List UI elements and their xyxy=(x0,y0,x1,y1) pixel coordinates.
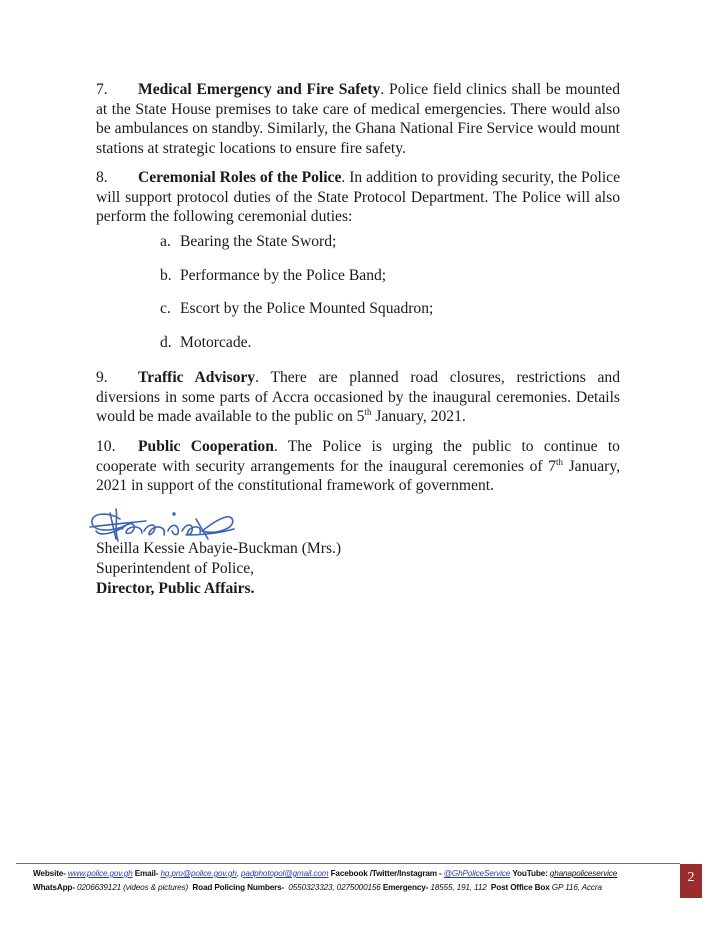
website-label: Website- xyxy=(33,869,66,878)
list-item-text: Escort by the Police Mounted Squadron; xyxy=(180,300,433,317)
footer-line-1: Website- www.police.gov.gh Email- hq.pro… xyxy=(33,867,678,881)
paragraph-text: January, 2021. xyxy=(372,408,466,425)
paragraph-number: 7. xyxy=(96,80,138,100)
ordinal-suffix: th xyxy=(364,407,371,417)
road-policing-label: Road Policing Numbers- xyxy=(192,883,284,892)
email-link-1[interactable]: hq.pro@police.gov.gh xyxy=(160,869,236,878)
paragraph-number: 10. xyxy=(96,437,138,457)
footer-contact-info: Website- www.police.gov.gh Email- hq.pro… xyxy=(33,867,678,895)
list-marker: b. xyxy=(160,266,180,286)
whatsapp-number: 0206639121 (videos & pictures) xyxy=(77,883,188,892)
po-box-value: GP 116, Accra xyxy=(552,883,602,892)
footer-divider xyxy=(16,863,680,864)
signatory-rank: Superintendent of Police, xyxy=(96,559,341,579)
whatsapp-label: WhatsApp- xyxy=(33,883,75,892)
list-item-text: Motorcade. xyxy=(180,334,251,351)
paragraph-traffic-advisory: 9.Traffic Advisory. There are planned ro… xyxy=(96,368,620,427)
list-marker: c. xyxy=(160,299,180,319)
footer-line-2: WhatsApp- 0206639121 (videos & pictures)… xyxy=(33,881,678,895)
youtube-link[interactable]: ghanapoliceservice xyxy=(550,869,617,878)
youtube-label: YouTube: xyxy=(512,869,547,878)
social-handle-link[interactable]: @GhPoliceService xyxy=(444,869,510,878)
paragraph-number: 9. xyxy=(96,368,138,388)
list-item: c.Escort by the Police Mounted Squadron; xyxy=(160,299,433,333)
social-label: Facebook /Twitter/Instagram - xyxy=(331,869,442,878)
email-label: Email- xyxy=(135,869,159,878)
list-item: a.Bearing the State Sword; xyxy=(160,232,433,266)
paragraph-ceremonial-roles: 8.Ceremonial Roles of the Police. In add… xyxy=(96,168,620,227)
paragraph-public-cooperation: 10.Public Cooperation. The Police is urg… xyxy=(96,437,620,496)
list-marker: a. xyxy=(160,232,180,252)
paragraph-heading: Public Cooperation xyxy=(138,438,274,455)
list-item-text: Bearing the State Sword; xyxy=(180,233,336,250)
ceremonial-duties-list: a.Bearing the State Sword; b.Performance… xyxy=(160,232,433,366)
paragraph-heading: Medical Emergency and Fire Safety xyxy=(138,81,380,98)
emergency-numbers: 18555, 191, 112 xyxy=(430,883,486,892)
page-number-badge: 2 xyxy=(680,864,702,898)
website-link[interactable]: www.police.gov.gh xyxy=(68,869,133,878)
paragraph-heading: Ceremonial Roles of the Police xyxy=(138,169,341,186)
email-separator: , xyxy=(237,869,239,878)
list-marker: d. xyxy=(160,333,180,353)
list-item-text: Performance by the Police Band; xyxy=(180,267,386,284)
signatory-block: Sheilla Kessie Abayie-Buckman (Mrs.) Sup… xyxy=(96,539,341,598)
paragraph-medical-emergency: 7.Medical Emergency and Fire Safety. Pol… xyxy=(96,80,620,158)
signatory-name: Sheilla Kessie Abayie-Buckman (Mrs.) xyxy=(96,539,341,559)
paragraph-number: 8. xyxy=(96,168,138,188)
list-item: b.Performance by the Police Band; xyxy=(160,266,433,300)
road-policing-numbers: 0550323323, 0275000156 xyxy=(288,883,380,892)
paragraph-heading: Traffic Advisory xyxy=(138,369,255,386)
signatory-title: Director, Public Affairs. xyxy=(96,579,341,599)
list-item: d.Motorcade. xyxy=(160,333,433,367)
ordinal-suffix: th xyxy=(556,457,563,467)
emergency-label: Emergency- xyxy=(383,883,428,892)
email-link-2[interactable]: padphotopol@gmail.com xyxy=(241,869,329,878)
document-page: 7.Medical Emergency and Fire Safety. Pol… xyxy=(0,0,720,932)
po-box-label: Post Office Box xyxy=(491,883,550,892)
